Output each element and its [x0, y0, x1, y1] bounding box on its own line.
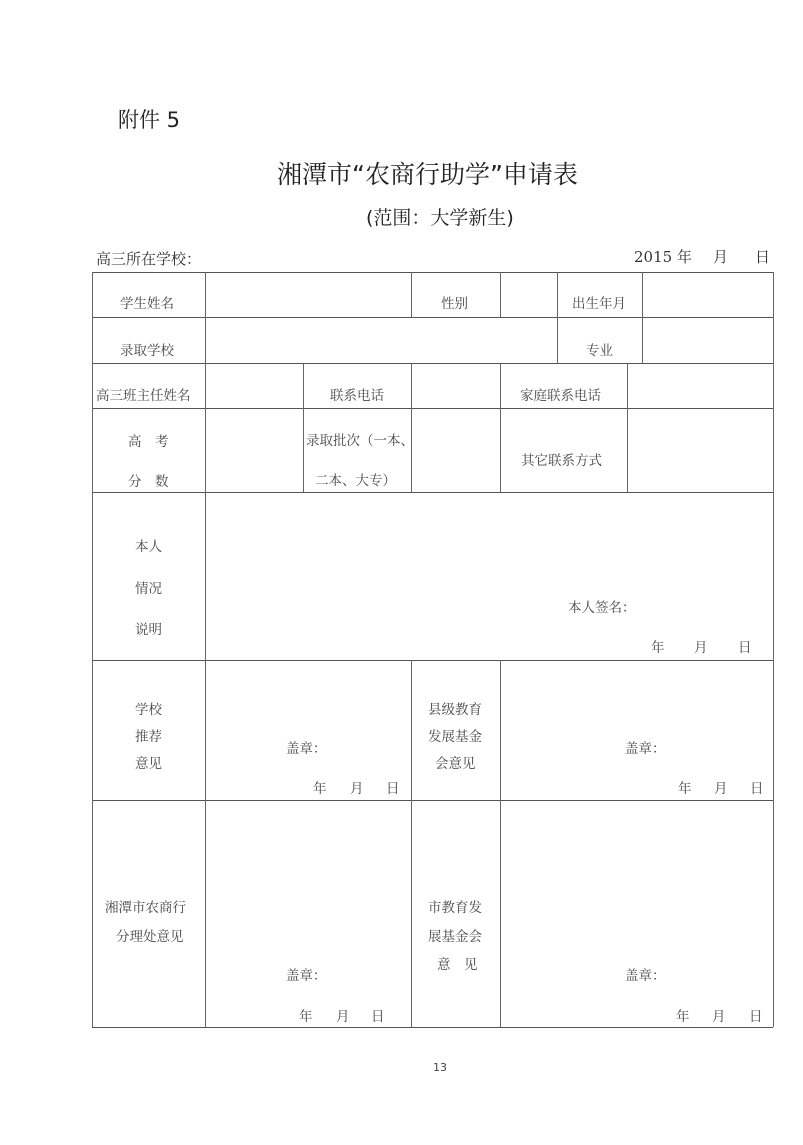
r5-month: 月 — [694, 636, 708, 656]
label-gender: 性别 — [441, 292, 468, 312]
r6-day2: 日 — [750, 777, 764, 797]
input-bank-branch[interactable] — [207, 802, 410, 1026]
input-city-fund[interactable] — [502, 802, 772, 1026]
r6-seal2: 盖章： — [625, 737, 666, 757]
input-birth-date[interactable] — [644, 274, 772, 316]
input-head-teacher[interactable] — [207, 365, 302, 407]
label-admit-school: 录取学校 — [120, 339, 174, 359]
label-school-rec-3: 意见 — [135, 752, 162, 772]
label-exam-score-2: 分 数 — [128, 470, 169, 490]
label-major: 专业 — [586, 339, 613, 359]
label-contact-phone: 联系电话 — [330, 384, 384, 404]
label-home-phone: 家庭联系电话 — [520, 384, 601, 404]
r6-month: 月 — [350, 777, 364, 797]
label-personal-1: 本人 — [135, 535, 162, 555]
input-admit-school[interactable] — [207, 319, 556, 362]
r6-year2: 年 — [678, 777, 692, 797]
attachment-label: 附件 5 — [118, 104, 180, 134]
label-birth-date: 出生年月 — [572, 292, 626, 312]
r7-year: 年 — [299, 1005, 313, 1025]
input-gender[interactable] — [502, 274, 556, 316]
label-county-fund-2: 发展基金 — [428, 725, 482, 745]
label-admit-batch-1: 录取批次（一本、 — [306, 429, 414, 449]
r6-seal: 盖章： — [286, 737, 327, 757]
label-city-fund-1: 市教育发 — [428, 896, 482, 916]
r7-seal: 盖章： — [286, 964, 327, 984]
r7-month2: 月 — [712, 1005, 726, 1025]
input-student-name[interactable] — [207, 274, 409, 316]
input-school-rec[interactable] — [207, 662, 410, 799]
r7-day: 日 — [371, 1005, 385, 1025]
date-year: 2015 年 — [634, 246, 692, 267]
date-day: 日 — [755, 246, 770, 267]
input-major[interactable] — [644, 319, 772, 362]
input-other-contact[interactable] — [629, 410, 772, 491]
page-number: 13 — [433, 1061, 447, 1074]
r6-month2: 月 — [714, 777, 728, 797]
date-month: 月 — [713, 246, 728, 267]
label-school-rec-1: 学校 — [135, 698, 162, 718]
label-other-contact: 其它联系方式 — [521, 449, 602, 469]
label-exam-score-1: 高 考 — [128, 430, 169, 450]
label-county-fund-3: 会意见 — [435, 752, 476, 772]
label-school-rec-2: 推荐 — [135, 725, 162, 745]
label-head-teacher: 高三班主任姓名 — [96, 384, 191, 404]
label-signature: 本人签名： — [568, 596, 636, 616]
input-personal-statement[interactable] — [207, 494, 772, 659]
school-label: 高三所在学校： — [96, 248, 201, 269]
r6-year: 年 — [313, 777, 327, 797]
r7-month: 月 — [336, 1005, 350, 1025]
label-student-name: 学生姓名 — [120, 292, 174, 312]
r5-year: 年 — [651, 636, 665, 656]
label-city-fund-2: 展基金会 — [428, 925, 482, 945]
label-personal-3: 说明 — [135, 618, 162, 638]
r7-year2: 年 — [676, 1005, 690, 1025]
r7-day2: 日 — [749, 1005, 763, 1025]
label-bank-branch-2: 分理处意见 — [116, 925, 184, 945]
input-home-phone[interactable] — [629, 365, 772, 407]
r6-day: 日 — [386, 777, 400, 797]
label-county-fund-1: 县级教育 — [428, 698, 482, 718]
page-title: 湘潭市“农商行助学”申请表 — [277, 155, 578, 191]
input-exam-score[interactable] — [207, 410, 302, 491]
input-county-fund[interactable] — [502, 662, 772, 799]
page-subtitle: (范围：大学新生) — [366, 203, 514, 230]
label-city-fund-3: 意 见 — [437, 953, 478, 973]
label-personal-2: 情况 — [135, 577, 162, 597]
r7-seal2: 盖章： — [625, 964, 666, 984]
label-admit-batch-2: 二本、大专） — [315, 469, 396, 489]
label-bank-branch-1: 湘潭市农商行 — [105, 896, 186, 916]
input-contact-phone[interactable] — [413, 365, 499, 407]
r5-day: 日 — [738, 636, 752, 656]
input-admit-batch[interactable] — [413, 410, 499, 491]
